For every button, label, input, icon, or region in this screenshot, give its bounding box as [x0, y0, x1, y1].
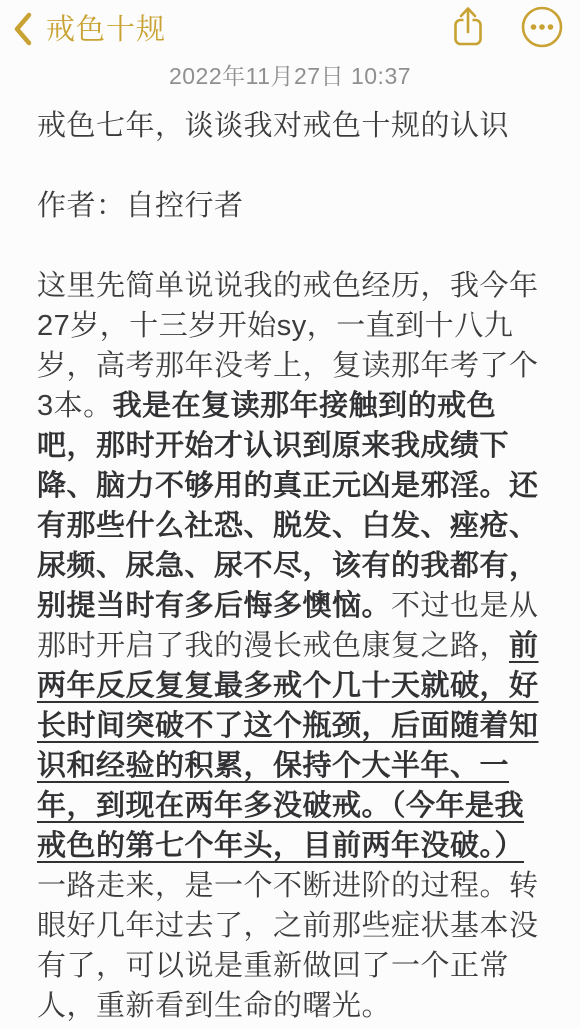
note-date: 2022年11月27日 10:37: [0, 58, 580, 94]
note-editor[interactable]: 戒色七年，谈谈我对戒色十规的认识 作者：自控行者 这里先简单说说我的戒色经历，我…: [0, 94, 580, 1026]
notes-app-screen: 戒色十规: [0, 0, 580, 1029]
note-title: 戒色七年，谈谈我对戒色十规的认识: [37, 106, 544, 146]
nav-actions: [450, 5, 564, 54]
note-author: 作者：自控行者: [37, 186, 544, 226]
share-icon: [450, 5, 486, 54]
note-body: 这里先简单说说我的戒色经历，我今年27岁，十三岁开始sy，一直到十八九岁，高考那…: [37, 266, 544, 1026]
back-button[interactable]: 戒色十规: [12, 12, 166, 46]
more-button[interactable]: [520, 5, 564, 54]
body-segment-regular-3: 一路走来，是一个不断进阶的过程。转眼好几年过去了，之前那些症状基本没有了，可以说…: [37, 870, 539, 1022]
chevron-left-icon: [12, 12, 34, 46]
share-button[interactable]: [450, 5, 486, 54]
navigation-bar: 戒色十规: [0, 0, 580, 58]
body-segment-bold-underline-1: 前两年反反复复最多戒个几十天就破，好长时间突破不了这个瓶颈，后面随着知识和经验的…: [37, 630, 539, 862]
body-segment-bold-1: 我是在复读那年接触到的戒色吧，那时开始才认识到原来我成绩下降、脑力不够用的真正元…: [37, 390, 539, 622]
back-button-label: 戒色十规: [46, 14, 166, 45]
ellipsis-circle-icon: [520, 5, 564, 54]
